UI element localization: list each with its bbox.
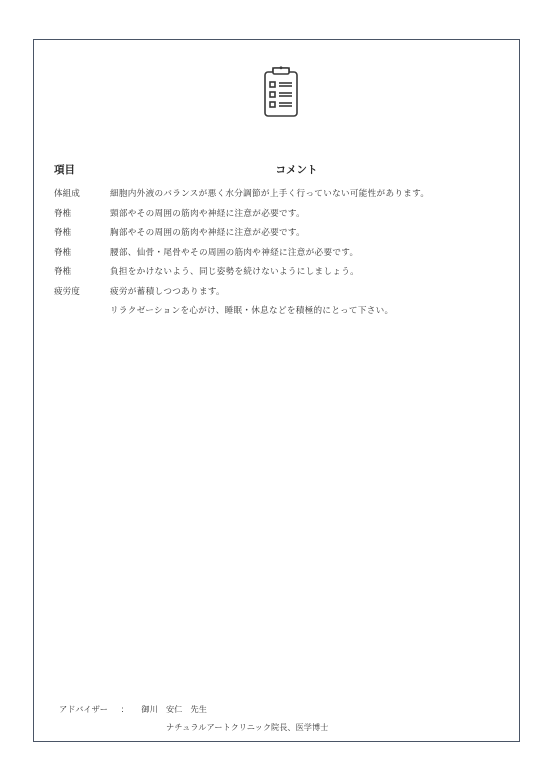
clipboard-checklist-icon [263, 66, 299, 118]
advisor-name: 御川 安仁 先生 [141, 704, 207, 714]
row-category: 脊椎 [54, 265, 71, 277]
row-category: 脊椎 [54, 226, 71, 238]
row-comment: 負担をかけないよう、同じ姿勢を続けないようにしましょう。 [110, 265, 359, 277]
table-row: 脊椎 腰部、仙骨・尾骨やその周囲の筋肉や神経に注意が必要です。 [34, 246, 519, 266]
table-row: 体組成 細胞内外液のバランスが悪く水分調節が上手く行っていない可能性があります。 [34, 187, 519, 207]
row-comment: 胸部やその周囲の筋肉や神経に注意が必要です。 [110, 226, 305, 238]
row-category: 体組成 [54, 187, 80, 199]
report-page: 項目 コメント 体組成 細胞内外液のバランスが悪く水分調節が上手く行っていない可… [33, 39, 520, 742]
header-comment: コメント [34, 162, 519, 177]
table-row: リラクゼーションを心がけ、睡眠・休息などを積極的にとって下さい。 [34, 304, 519, 324]
row-category: 脊椎 [54, 207, 71, 219]
row-comment: 細胞内外液のバランスが悪く水分調節が上手く行っていない可能性があります。 [110, 187, 429, 199]
row-comment: 疲労が蓄積しつつあります。 [110, 285, 225, 297]
table-row: 脊椎 胸部やその周囲の筋肉や神経に注意が必要です。 [34, 226, 519, 246]
table-row: 脊椎 負担をかけないよう、同じ姿勢を続けないようにしましょう。 [34, 265, 519, 285]
row-comment: 腰部、仙骨・尾骨やその周囲の筋肉や神経に注意が必要です。 [110, 246, 358, 258]
advisor-line: アドバイザー ： 御川 安仁 先生 [59, 704, 217, 715]
comment-table: 体組成 細胞内外液のバランスが悪く水分調節が上手く行っていない可能性があります。… [34, 187, 519, 324]
table-row: 脊椎 頸部やその周囲の筋肉や神経に注意が必要です。 [34, 207, 519, 227]
row-category: 疲労度 [54, 285, 80, 297]
advisor-separator: ： [121, 704, 129, 714]
table-header: 項目 コメント [34, 162, 519, 178]
table-row: 疲労度 疲労が蓄積しつつあります。 [34, 285, 519, 305]
row-comment: リラクゼーションを心がけ、睡眠・休息などを積極的にとって下さい。 [110, 304, 393, 316]
advisor-title: ナチュラルアートクリニック院長、医学博士 [166, 722, 328, 733]
row-category: 脊椎 [54, 246, 71, 258]
advisor-label: アドバイザー [59, 704, 108, 714]
row-comment: 頸部やその周囲の筋肉や神経に注意が必要です。 [110, 207, 305, 219]
